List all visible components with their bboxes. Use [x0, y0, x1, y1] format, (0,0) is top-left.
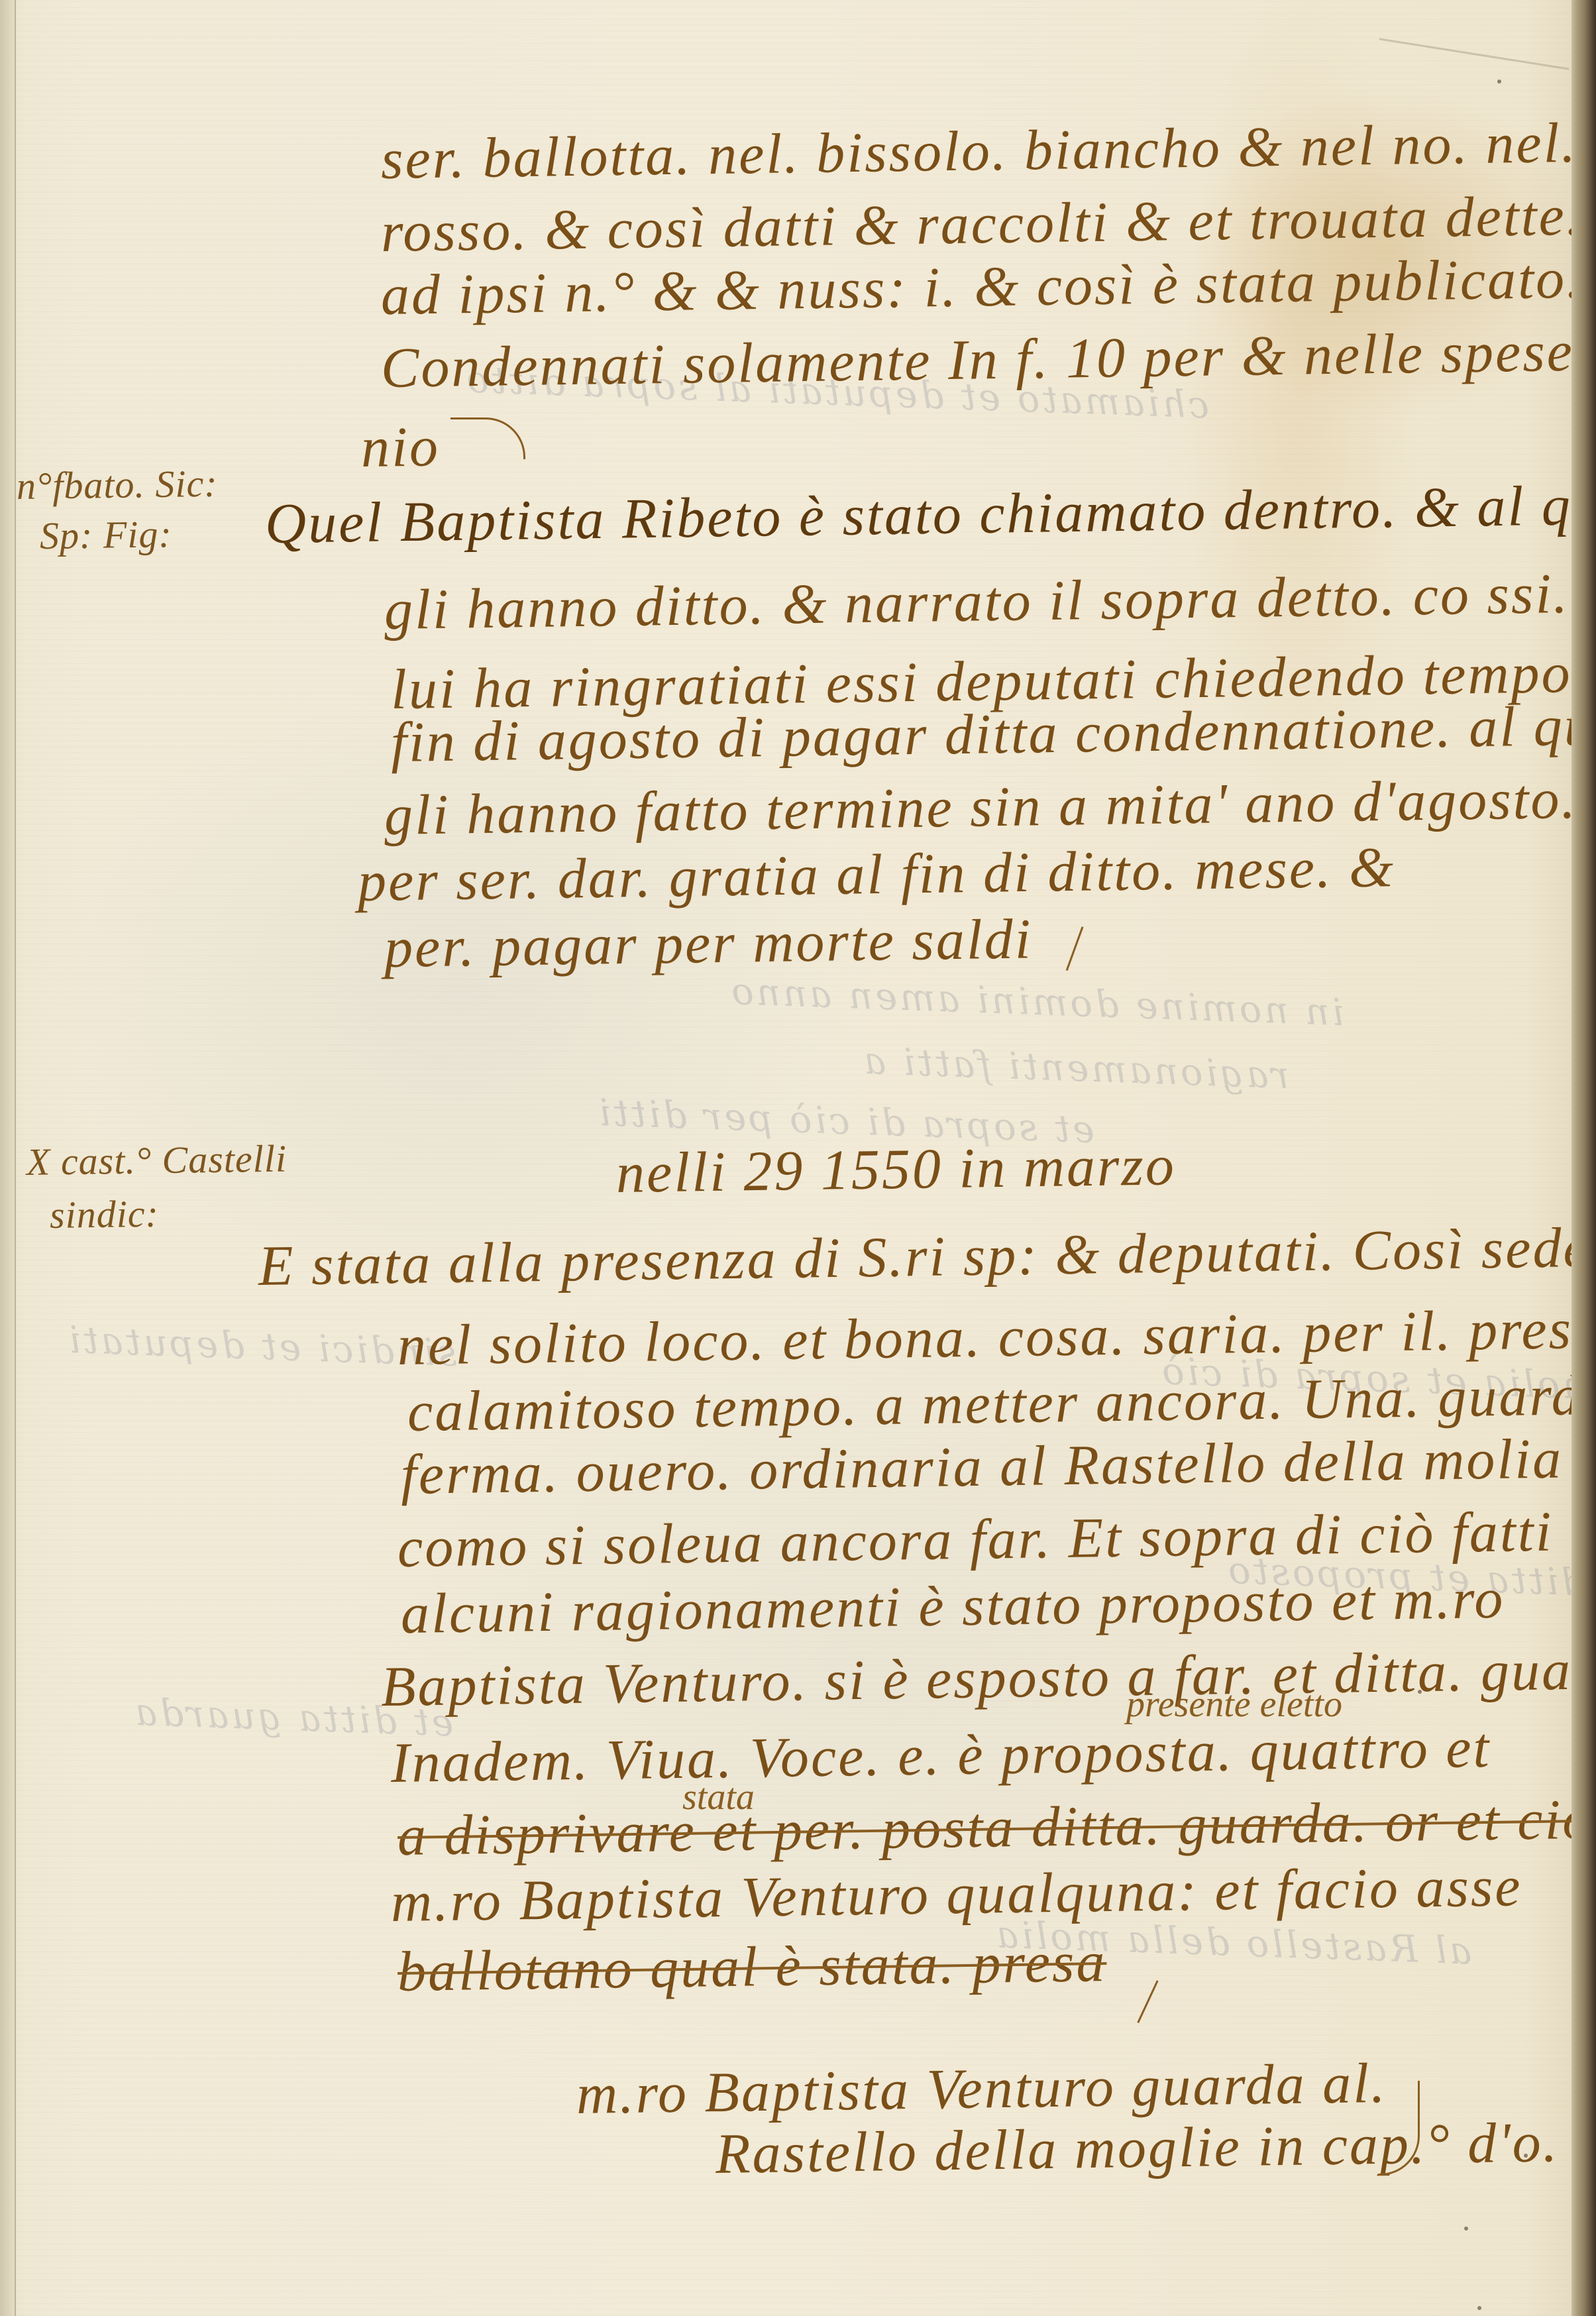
flourish-mark [1066, 926, 1096, 975]
text-line: nio [360, 413, 440, 480]
entry-date-heading: nelli 29 1550 in marzo [615, 1132, 1176, 1206]
text-line: gli hanno ditto. & narrato il sopra dett… [384, 560, 1569, 643]
flourish-mark [451, 417, 525, 459]
text-line: gli hanno fatto termine sin a mita' ano … [384, 765, 1577, 848]
bleed-through-text: in nomine domini amen anno [728, 970, 1344, 1034]
binding-edge [0, 0, 16, 2316]
text-line: ballotano qual è stata. presa [397, 1928, 1107, 2005]
text-line: Quel Baptista Ribeto è stato chiamato de… [264, 470, 1596, 557]
text-line: Condennati solamente In f. 10 per & nell… [380, 313, 1596, 401]
text-line: E stata alla presenza di S.ri sp: & depu… [258, 1213, 1596, 1299]
flourish-mark [1137, 1980, 1170, 2028]
text-line: per. pagar per morte saldi [384, 905, 1033, 981]
bleed-through-text: ragionamenti fatti a [861, 1040, 1290, 1097]
margin-note-line: n°fbato. Sic: [17, 461, 219, 508]
paper-crease [1379, 38, 1569, 70]
manuscript-leaf: chiamato et deputati al sopra ditto in n… [0, 0, 1571, 2316]
text-line: per ser. dar. gratia al fin di ditto. me… [357, 834, 1395, 914]
page-right-edge [1571, 0, 1596, 2316]
margin-note-line: sindic: [50, 1191, 160, 1237]
text-line: Baptista Venturo. si è esposto a far. et… [380, 1635, 1596, 1720]
margin-note-line: Sp: Fig: [40, 512, 173, 558]
text-line: ser. ballotta. nel. bissolo. biancho & n… [380, 109, 1577, 192]
text-line: Inadem. Viua. Voce. e. è proposta. quatt… [390, 1714, 1491, 1796]
margin-note-line: X cast.° Castelli [27, 1136, 288, 1184]
